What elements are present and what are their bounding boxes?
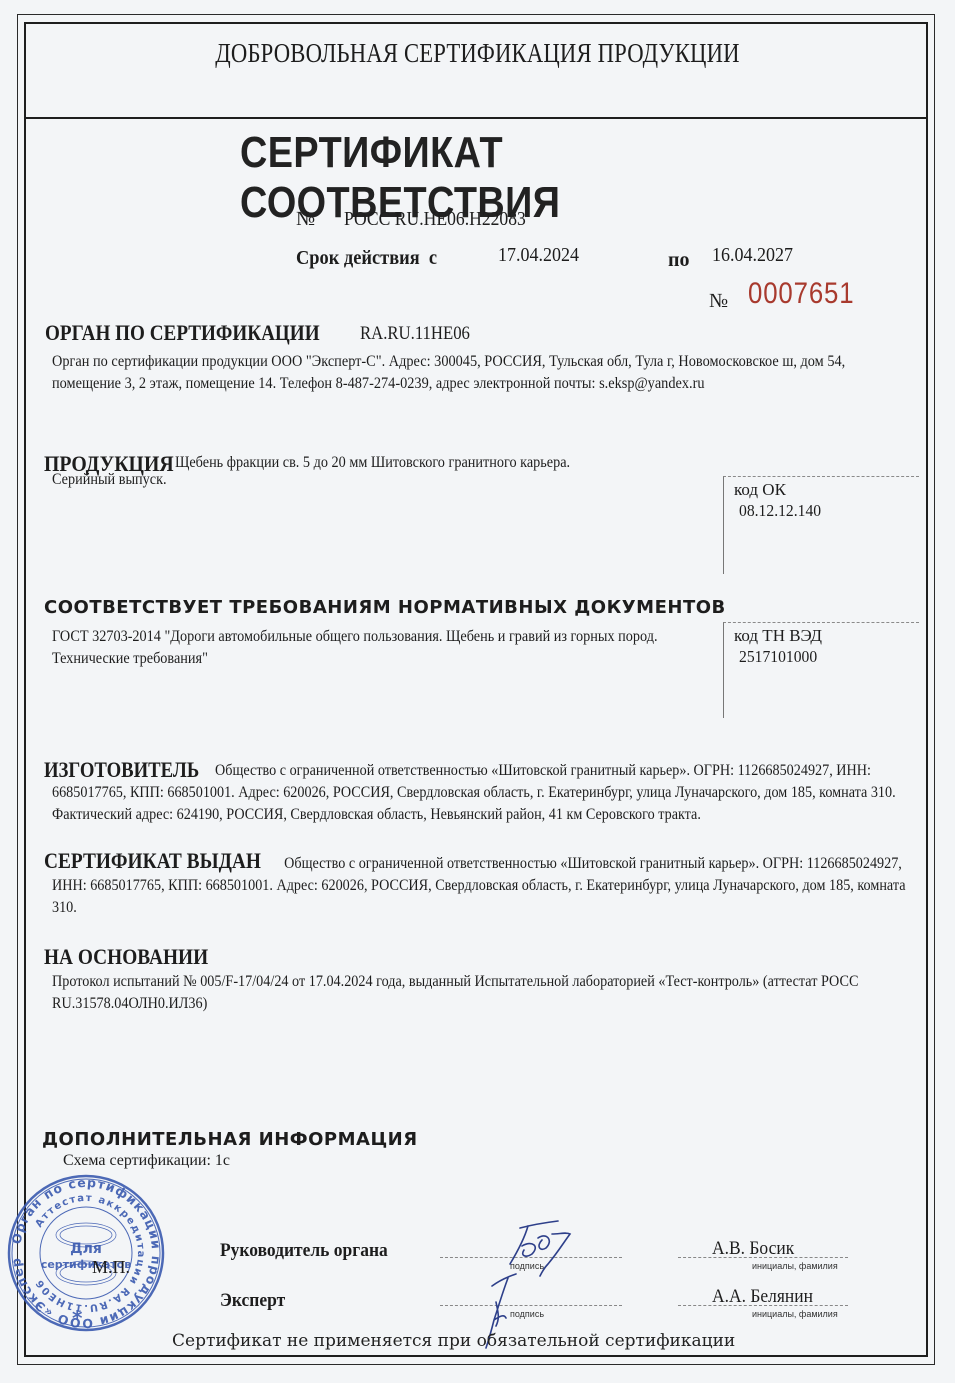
expert-name: А.А. Белянин bbox=[712, 1286, 813, 1308]
voluntary-certification-header: ДОБРОВОЛЬНАЯ СЕРТИФИКАЦИЯ ПРОДУКЦИИ bbox=[76, 38, 878, 69]
okpd-code-label: код ОК bbox=[734, 480, 786, 500]
product-description: Щебень фракции св. 5 до 20 мм Шитовского… bbox=[175, 454, 570, 472]
certification-body-code: RA.RU.11НЕ06 bbox=[360, 323, 470, 345]
head-of-body-role: Руководитель органа bbox=[220, 1240, 388, 1262]
serial-number-label: № bbox=[709, 290, 728, 313]
registration-number: РОСС RU.НЕ06.Н22083 bbox=[344, 208, 526, 231]
seal-place-label: М.П. bbox=[92, 1257, 130, 1278]
head-name-caption: инициалы, фамилия bbox=[752, 1261, 838, 1271]
tn-ved-code-value: 2517101000 bbox=[739, 647, 817, 667]
certification-scheme: Схема сертификации: 1с bbox=[63, 1152, 230, 1170]
registration-number-label: № bbox=[296, 208, 315, 231]
head-name: А.В. Босик bbox=[712, 1238, 794, 1260]
expert-role: Эксперт bbox=[220, 1290, 285, 1312]
normative-documents-heading: СООТВЕТСТВУЕТ ТРЕБОВАНИЯМ НОРМАТИВНЫХ ДО… bbox=[44, 597, 726, 618]
stamp-center-line1: Для bbox=[70, 1241, 102, 1257]
certification-body-stamp-icon: Орган по сертификации продукции ООО «Экс… bbox=[6, 1173, 166, 1333]
certification-body-heading: ОРГАН ПО СЕРТИФИКАЦИИ bbox=[45, 320, 320, 346]
manufacturer-heading: ИЗГОТОВИТЕЛЬ bbox=[44, 757, 203, 783]
valid-to-date: 16.04.2027 bbox=[712, 244, 793, 267]
valid-from-date: 17.04.2024 bbox=[498, 244, 579, 267]
header-divider bbox=[24, 117, 928, 119]
tn-ved-code-label: код ТН ВЭД bbox=[734, 626, 822, 646]
tn-ved-code-box: код ТН ВЭД 2517101000 bbox=[723, 622, 919, 718]
additional-info-heading: ДОПОЛНИТЕЛЬНАЯ ИНФОРМАЦИЯ bbox=[42, 1129, 418, 1150]
basis-details: Протокол испытаний № 005/F-17/04/24 от 1… bbox=[52, 971, 921, 1015]
product-release-type: Серийный выпуск. bbox=[52, 471, 167, 489]
okpd-code-box: код ОК 08.12.12.140 bbox=[723, 476, 919, 574]
expert-name-caption: инициалы, фамилия bbox=[752, 1309, 838, 1319]
normative-documents-text: ГОСТ 32703-2014 "Дороги автомобильные об… bbox=[52, 626, 693, 670]
svg-text:*: * bbox=[72, 1306, 83, 1330]
expert-signature-line bbox=[440, 1305, 622, 1306]
issued-to-heading: СЕРТИФИКАТ ВЫДАН bbox=[44, 848, 264, 874]
certification-body-details: Орган по сертификации продукции ООО "Экс… bbox=[52, 351, 911, 395]
basis-heading: НА ОСНОВАНИИ bbox=[44, 944, 208, 970]
validity-label: Срок действия с bbox=[296, 247, 437, 270]
serial-number: 0007651 bbox=[748, 277, 854, 311]
valid-to-label: по bbox=[668, 249, 690, 272]
okpd-code-value: 08.12.12.140 bbox=[739, 501, 821, 521]
voluntary-use-disclaimer: Сертификат не применяется при обязательн… bbox=[172, 1331, 735, 1351]
